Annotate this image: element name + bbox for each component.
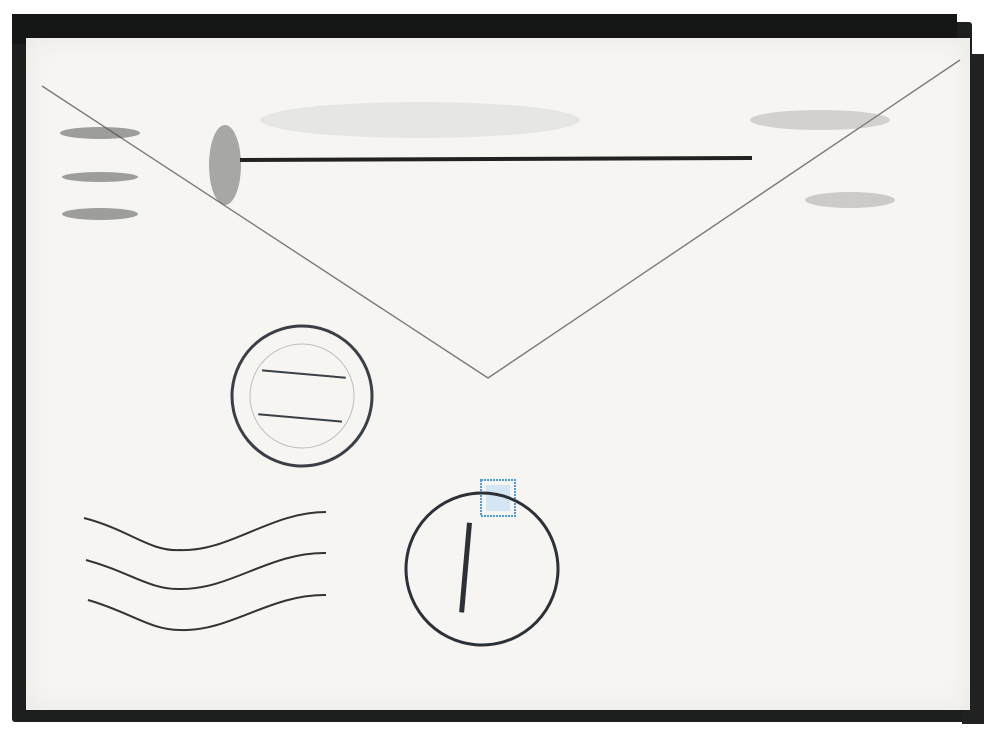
envelope-artwork (0, 0, 1000, 742)
wavy-cancellation (84, 512, 326, 630)
postcode-underline (240, 158, 752, 160)
postmark-minsk-4 (226, 320, 378, 472)
